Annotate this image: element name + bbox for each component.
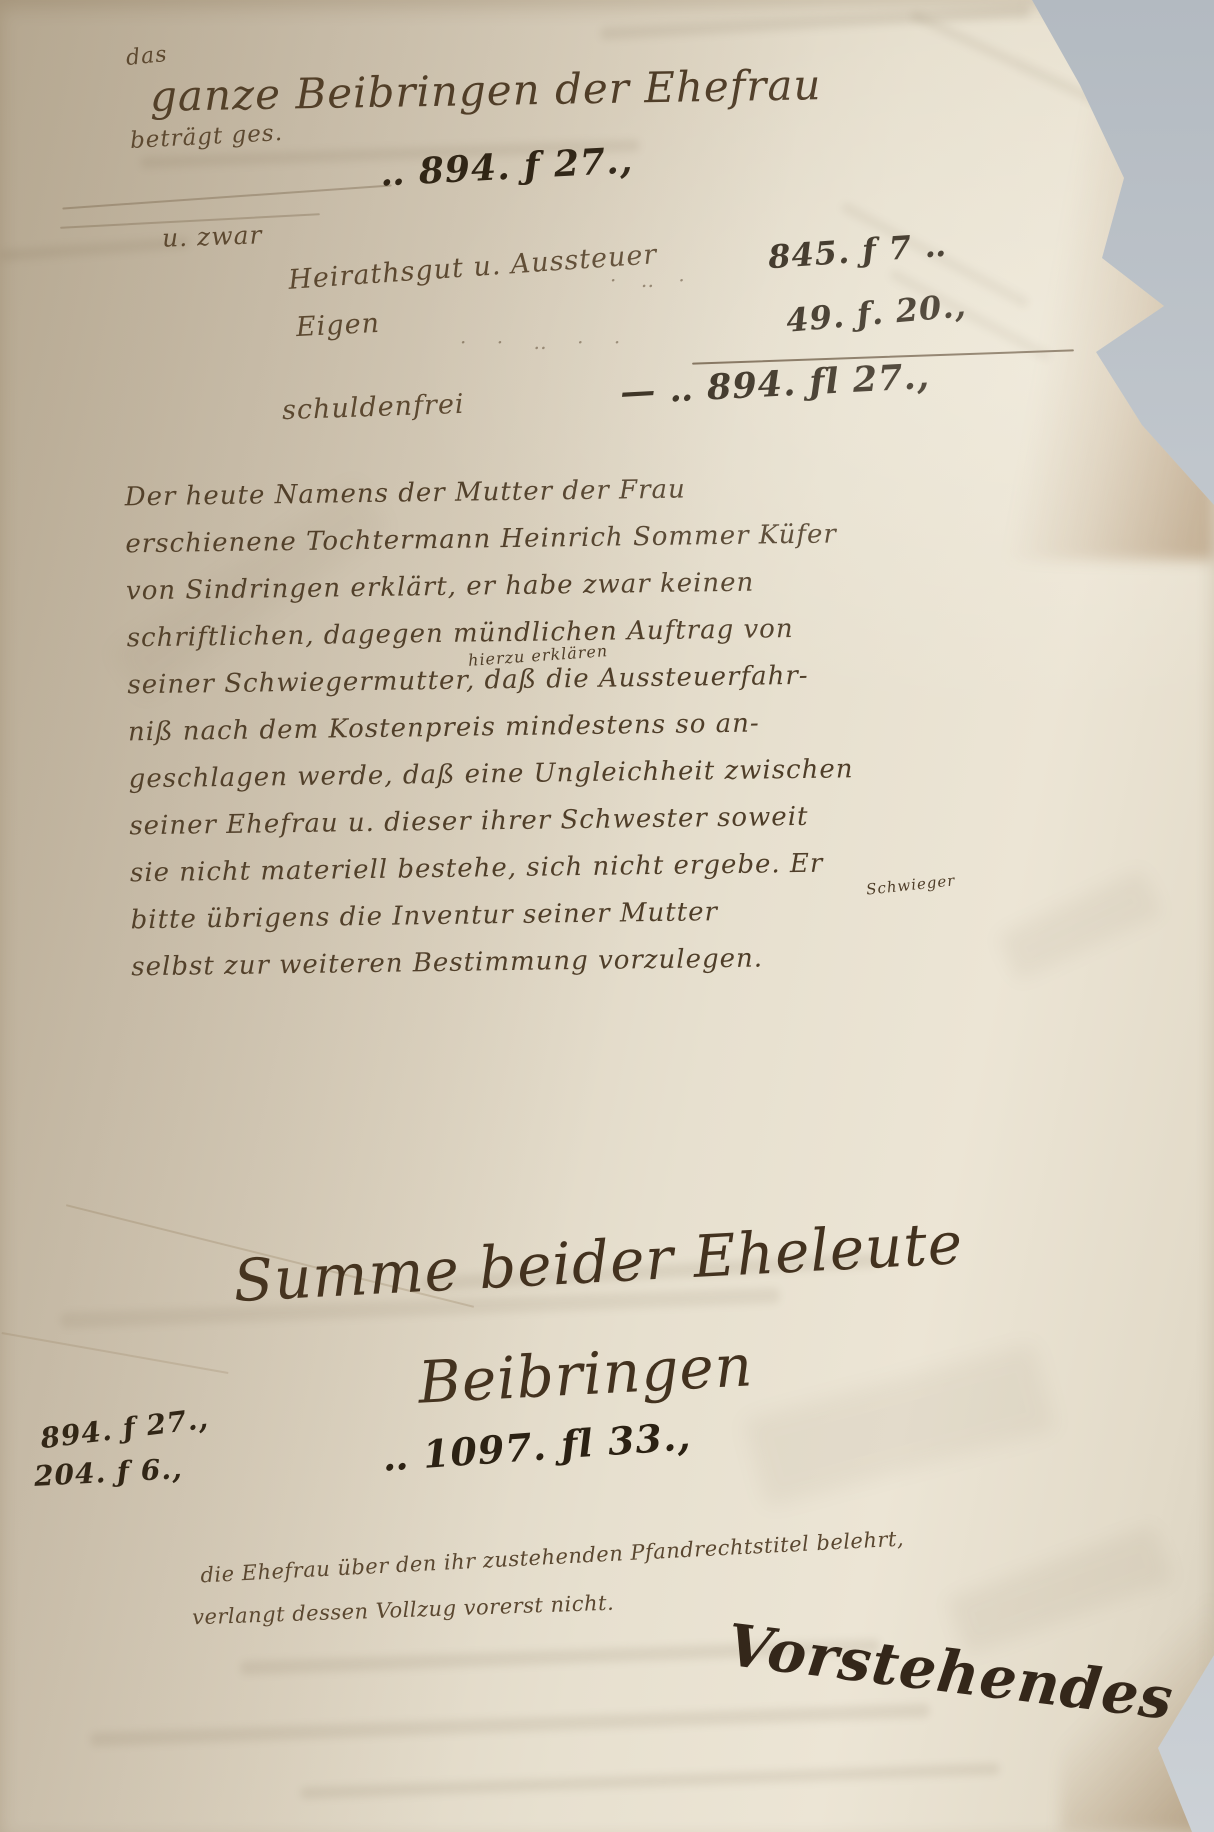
document-photo: das ganze Beibringen der Ehefrau beträgt… [0, 0, 1214, 1832]
closing-line: verlangt dessen Vollzug vorerst nicht. [192, 1591, 615, 1630]
show-through-texture [90, 1703, 930, 1746]
intro-phrase: u. zwar [162, 220, 263, 252]
flourish-line [62, 184, 391, 209]
row-amount-eigen: 49. ƒ. 20., [785, 286, 968, 340]
grand-total-amount: ‥ 1097. ƒl 33., [381, 1413, 693, 1479]
closing-line: die Ehefrau über den ihr zustehenden Pfa… [200, 1527, 905, 1588]
summary-heading-line2: Beibringen [416, 1331, 754, 1416]
paper-sheet: das ganze Beibringen der Ehefrau beträgt… [0, 0, 1214, 1832]
leader-dots: · ‥ · [610, 268, 694, 292]
page-title: ganze Beibringen der Ehefrau [150, 60, 822, 121]
row-label-heirathsgut: Heirathsgut u. Aussteuer [287, 239, 658, 296]
margin-amount-2: 204. ƒ 6., [33, 1452, 183, 1493]
row-amount-heirathsgut: 845. ƒ 7 ‥ [767, 226, 948, 276]
row-label-eigen: Eigen [295, 308, 381, 343]
pencil-line [2, 1332, 229, 1374]
breakdown-total-amount: — ‥ 894. ƒl 27., [619, 356, 931, 413]
show-through-texture [300, 1763, 1000, 1799]
margin-amount-1: 894. ƒ 27., [39, 1402, 211, 1455]
note-schuldenfrei: schuldenfrei [282, 389, 466, 426]
header-prefix: das [125, 42, 169, 71]
body-paragraph: Der heute Namens der Mutter der Frau ers… [124, 462, 1041, 992]
header-subtitle: beträgt ges. [129, 120, 283, 154]
leader-dots: · · ‥ · · [460, 330, 632, 354]
ink-smear [743, 1343, 1056, 1508]
